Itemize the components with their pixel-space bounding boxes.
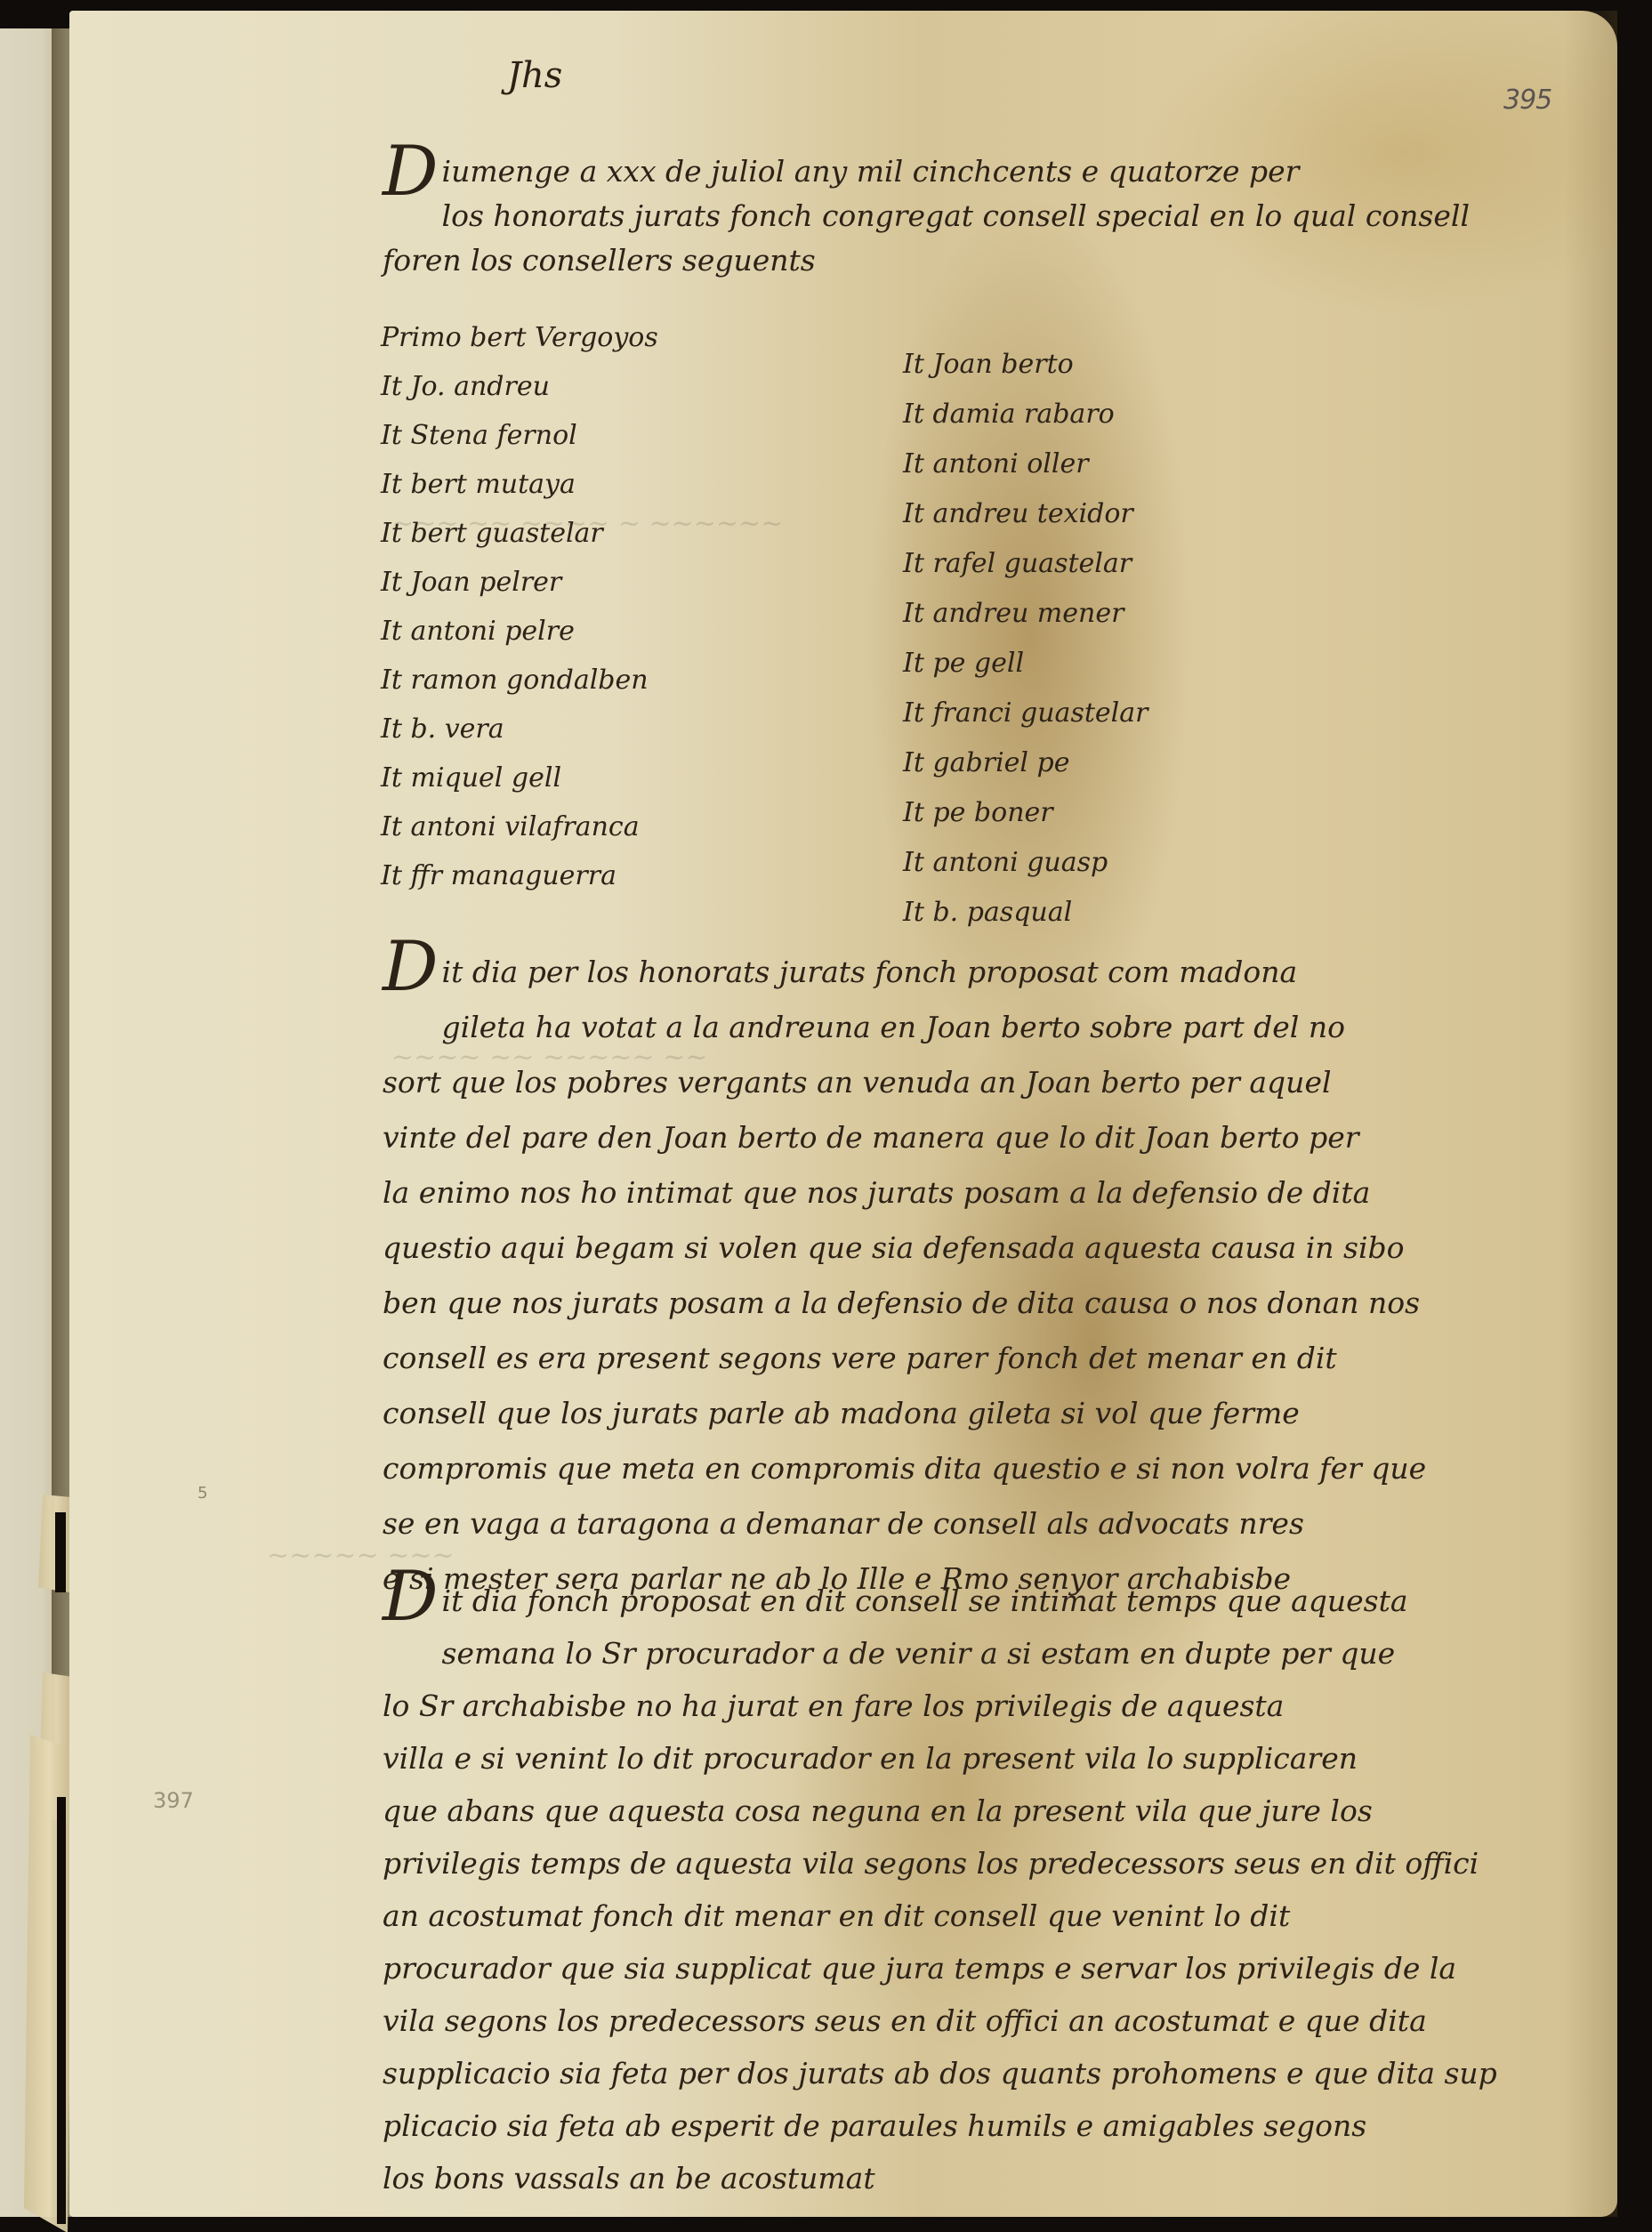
attendee-name: It franci guastelar (903, 689, 1148, 738)
attendee-name: It damia rabaro (903, 390, 1148, 439)
text-line: iumenge a xxx de juliol any mil cinchcen… (383, 149, 1450, 194)
page-edge (1564, 11, 1617, 2217)
text-line: villa e si venint lo dit procurador en l… (383, 1732, 1497, 1785)
attendee-name: It antoni pelre (381, 607, 658, 656)
text-line: procurador que sia supplicat que jura te… (383, 1942, 1497, 1994)
text-line: se en vaga a taragona a demanar de conse… (383, 1496, 1426, 1551)
text-line: it dia fonch proposat en dit consell se … (383, 1575, 1497, 1627)
attendee-name: It pe boner (903, 788, 1148, 838)
paragraph-procurador-privileges: D it dia fonch proposat en dit consell s… (383, 1575, 1497, 2204)
binding-slit (57, 1797, 66, 2224)
text-line: la enimo nos ho intimat que nos jurats p… (383, 1165, 1426, 1221)
attendee-name: It antoni guasp (903, 838, 1148, 888)
attendee-name: It antoni oller (903, 439, 1148, 489)
text-line: consell que los jurats parle ab madona g… (383, 1386, 1426, 1441)
attendee-name: Primo bert Vergoyos (381, 313, 658, 362)
text-line: los honorats jurats fonch congregat cons… (383, 194, 1450, 238)
text-line: plicacio sia feta ab esperit de paraules… (383, 2099, 1497, 2152)
archive-number: 397 (153, 1788, 194, 1813)
text-line: questio aqui begam si volen que sia defe… (383, 1221, 1426, 1276)
paragraph-opening-session: D iumenge a xxx de juliol any mil cinchc… (383, 149, 1450, 283)
attendee-list-right: It Joan berto It damia rabaro It antoni … (903, 340, 1148, 938)
attendee-name: It Joan berto (903, 340, 1148, 390)
scan-background: ~~~ ~~ ~~~~ ~ ~~~~~~ ~~~~ ~~ ~~~~~ ~~ ~~… (0, 0, 1652, 2232)
text-line: foren los consellers seguents (383, 238, 1450, 283)
text-line: lo Sr archabisbe no ha jurat en fare los… (383, 1680, 1497, 1732)
invocation-monogram: Jhs (507, 55, 562, 96)
drop-cap: D (383, 932, 439, 1002)
text-line: semana lo Sr procurador a de venir a si … (383, 1627, 1497, 1680)
text-line: vila segons los predecessors seus en dit… (383, 1994, 1497, 2047)
attendee-name: It andreu texidor (903, 489, 1148, 539)
drop-cap: D (383, 1562, 439, 1632)
folio-number: 395 (1503, 85, 1551, 116)
attendee-name: It antoni vilafranca (381, 802, 658, 851)
attendee-name: It andreu mener (903, 589, 1148, 639)
text-line: privilegis temps de aquesta vila segons … (383, 1837, 1497, 1890)
text-line: it dia per los honorats jurats fonch pro… (383, 945, 1426, 1000)
text-line: vinte del pare den Joan berto de manera … (383, 1110, 1426, 1165)
text-line: sort que los pobres vergants an venuda a… (383, 1055, 1426, 1110)
attendee-name: It rafel guastelar (903, 539, 1148, 589)
drop-cap: D (383, 137, 439, 206)
text-line: supplicacio sia feta per dos jurats ab d… (383, 2047, 1497, 2099)
text-line: consell es era present segons vere parer… (383, 1331, 1426, 1386)
attendee-name: It ffr managuerra (381, 851, 658, 900)
attendee-name: It b. vera (381, 705, 658, 753)
attendee-name: It bert mutaya (381, 460, 658, 509)
attendee-list-left: Primo bert Vergoyos It Jo. andreu It Ste… (381, 313, 658, 900)
attendee-name: It pe gell (903, 639, 1148, 689)
attendee-name: It ramon gondalben (381, 656, 658, 705)
attendee-name: It miquel gell (381, 753, 658, 802)
attendee-name: It Joan pelrer (381, 558, 658, 607)
pencil-mark: 5 (197, 1484, 207, 1503)
text-line: ben que nos jurats posam a la defensio d… (383, 1276, 1426, 1331)
text-line: compromis que meta en compromis dita que… (383, 1441, 1426, 1496)
attendee-name: It Jo. andreu (381, 362, 658, 411)
attendee-name: It bert guastelar (381, 509, 658, 558)
attendee-name: It b. pasqual (903, 888, 1148, 938)
text-line: los bons vassals an be acostumat (383, 2152, 1497, 2204)
text-line: an acostumat fonch dit menar en dit cons… (383, 1890, 1497, 1942)
attendee-name: It Stena fernol (381, 411, 658, 460)
attendee-name: It gabriel pe (903, 738, 1148, 788)
text-line: que abans que aquesta cosa neguna en la … (383, 1785, 1497, 1837)
binding-slit (55, 1512, 66, 1592)
text-line: gileta ha votat a la andreuna en Joan be… (383, 1000, 1426, 1055)
paragraph-madona-gileta: D it dia per los honorats jurats fonch p… (383, 945, 1426, 1607)
